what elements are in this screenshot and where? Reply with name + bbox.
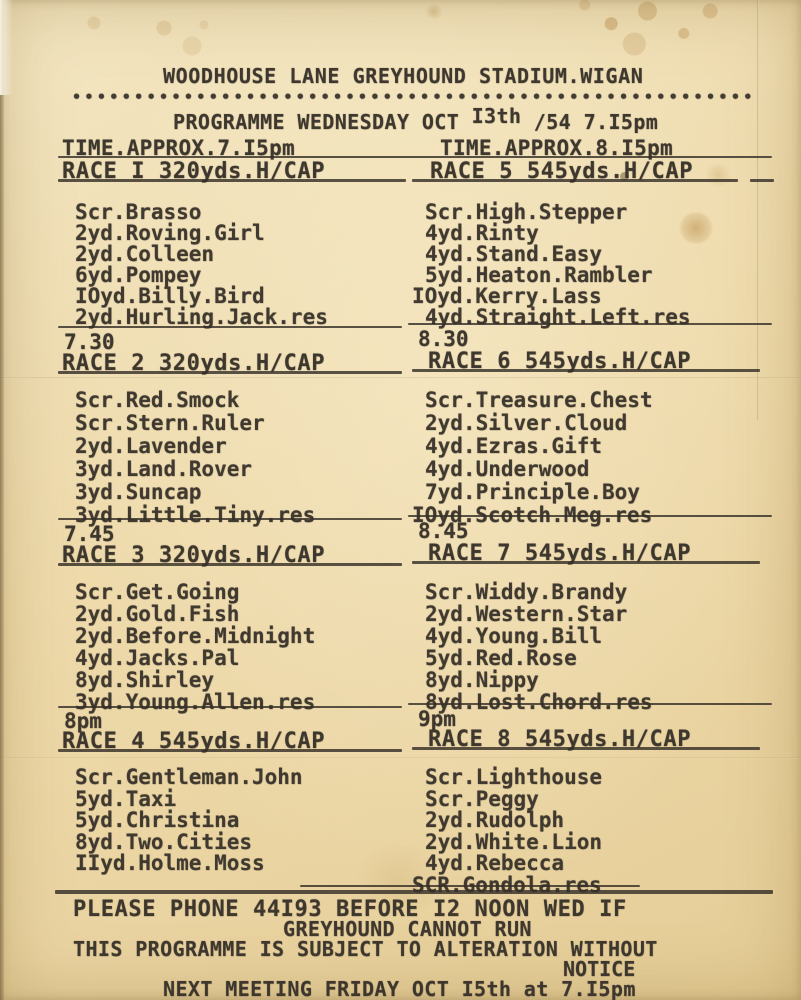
race-entry: 2yd.Gold.Fish	[62, 603, 315, 625]
scan-edge	[0, 0, 4, 1000]
race-entry: Scr.Lighthouse	[412, 767, 602, 789]
race-entry: Scr.Peggy	[412, 789, 602, 811]
race-6-entries: Scr.Treasure.Chest2yd.Silver.Cloud4yd.Ez…	[412, 389, 653, 527]
race-4-entries: Scr.Gentleman.John5yd.Taxi5yd.Christina8…	[62, 767, 303, 875]
race-2-entries: Scr.Red.SmockScr.Stern.Ruler2yd.Lavender…	[62, 389, 315, 527]
race-entry: 3yd.Suncap	[62, 481, 315, 504]
race-entry: 2yd.Silver.Cloud	[412, 412, 653, 435]
programme-sheet: WOODHOUSE LANE GREYHOUND STADIUM.WIGAN •…	[0, 0, 801, 1000]
footer-next-meeting: NEXT MEETING FRIDAY OCT I5th at 7.I5pm	[163, 977, 636, 1000]
race-entry: 2yd.Lavender	[62, 435, 315, 458]
paper-stain	[565, 0, 730, 65]
fold-crease	[0, 757, 801, 759]
programme-prefix: PROGRAMME WEDNESDAY OCT	[173, 110, 472, 134]
fold-crease	[0, 377, 801, 379]
race-1-entries: Scr.Brasso2yd.Roving.Girl2yd.Colleen6yd.…	[62, 202, 328, 328]
race-entry: 5yd.Red.Rose	[412, 647, 653, 669]
race-entry: Scr.Stern.Ruler	[62, 412, 315, 435]
race-6-time: 8.30	[418, 327, 469, 351]
paper-stain	[703, 163, 733, 187]
race-entry: Scr.Brasso	[62, 202, 328, 223]
rule-line	[408, 703, 772, 705]
race-entry: 8yd.Shirley	[62, 669, 315, 691]
race-entry: 2yd.White.Lion	[412, 832, 602, 854]
race-entry: 2yd.Before.Midnight	[62, 625, 315, 647]
rule-line	[58, 326, 402, 328]
dotted-separator: ••••••••••••••••••••••••••••••••••••••••…	[72, 88, 756, 106]
rule-line	[412, 369, 760, 372]
race-entry: 5yd.Christina	[62, 810, 303, 832]
paper-stain	[78, 8, 118, 38]
race-entry: IIyd.Holme.Moss	[62, 853, 303, 875]
rule-line	[58, 706, 402, 708]
rule-line	[58, 518, 402, 520]
race-entry: 6yd.Pompey	[62, 265, 328, 286]
race-entry: 8yd.Nippy	[412, 669, 653, 691]
race-entry: 4yd.Underwood	[412, 458, 653, 481]
race-entry: 4yd.Jacks.Pal	[62, 647, 315, 669]
race-entry: 4yd.Young.Bill	[412, 625, 653, 647]
race-entry: Scr.Treasure.Chest	[412, 389, 653, 412]
race-entry: Scr.Get.Going	[62, 581, 315, 603]
race-entry: Scr.Red.Smock	[62, 389, 315, 412]
rule-line	[408, 515, 772, 517]
race-entry: 2yd.Rudolph	[412, 810, 602, 832]
race-entry: 4yd.Ezras.Gift	[412, 435, 653, 458]
rule-line	[408, 323, 772, 325]
programme-date: I3th	[472, 104, 522, 128]
fold-crease	[757, 0, 759, 420]
rule-line	[750, 179, 774, 182]
rule-line	[58, 179, 406, 182]
race-entry: Scr.Widdy.Brandy	[412, 581, 653, 603]
race-entry: 8yd.Two.Cities	[62, 832, 303, 854]
paper-stain	[140, 10, 220, 70]
rule-line	[412, 561, 760, 564]
rule-line	[58, 371, 402, 374]
race-entry: IOyd.Billy.Bird	[62, 286, 328, 307]
race-entry: 4yd.Stand.Easy	[412, 244, 691, 265]
paper-stain	[424, 4, 444, 19]
page-title: WOODHOUSE LANE GREYHOUND STADIUM.WIGAN	[163, 64, 643, 88]
race-entry: IOyd.Kerry.Lass	[412, 286, 691, 307]
race-entry: Scr.High.Stepper	[412, 202, 691, 223]
race-entry: Scr.Gentleman.John	[62, 767, 303, 789]
race-entry: 4yd.Rebecca	[412, 853, 602, 875]
race-entry: 2yd.Hurling.Jack.res	[62, 307, 328, 328]
race-5-entries: Scr.High.Stepper4yd.Rinty4yd.Stand.Easy5…	[412, 202, 691, 328]
race-entry: 5yd.Heaton.Rambler	[412, 265, 691, 286]
rule-line	[412, 179, 738, 182]
rule-line	[58, 156, 772, 158]
race-8-entries: Scr.LighthouseScr.Peggy2yd.Rudolph2yd.Wh…	[412, 767, 602, 896]
race-7-entries: Scr.Widdy.Brandy2yd.Western.Star4yd.Youn…	[412, 581, 653, 713]
rule-line	[412, 747, 760, 750]
rule-line	[58, 749, 402, 752]
programme-suffix: /54 7.I5pm	[521, 110, 658, 134]
race-entry: 5yd.Taxi	[62, 789, 303, 811]
race-entry: 2yd.Western.Star	[412, 603, 653, 625]
paper-corner	[0, 0, 13, 95]
race-3-entries: Scr.Get.Going2yd.Gold.Fish2yd.Before.Mid…	[62, 581, 315, 713]
race-entry: 7yd.Principle.Boy	[412, 481, 653, 504]
race-entry: 4yd.Rinty	[412, 223, 691, 244]
race-entry: 2yd.Roving.Girl	[62, 223, 328, 244]
rule-line	[300, 885, 640, 887]
race-entry: 3yd.Land.Rover	[62, 458, 315, 481]
race-7-time: 8.45	[418, 519, 469, 543]
rule-line	[58, 563, 402, 566]
race-entry: 2yd.Colleen	[62, 244, 328, 265]
programme-line: PROGRAMME WEDNESDAY OCT I3th /54 7.I5pm	[173, 110, 658, 134]
rule-line	[55, 890, 773, 894]
